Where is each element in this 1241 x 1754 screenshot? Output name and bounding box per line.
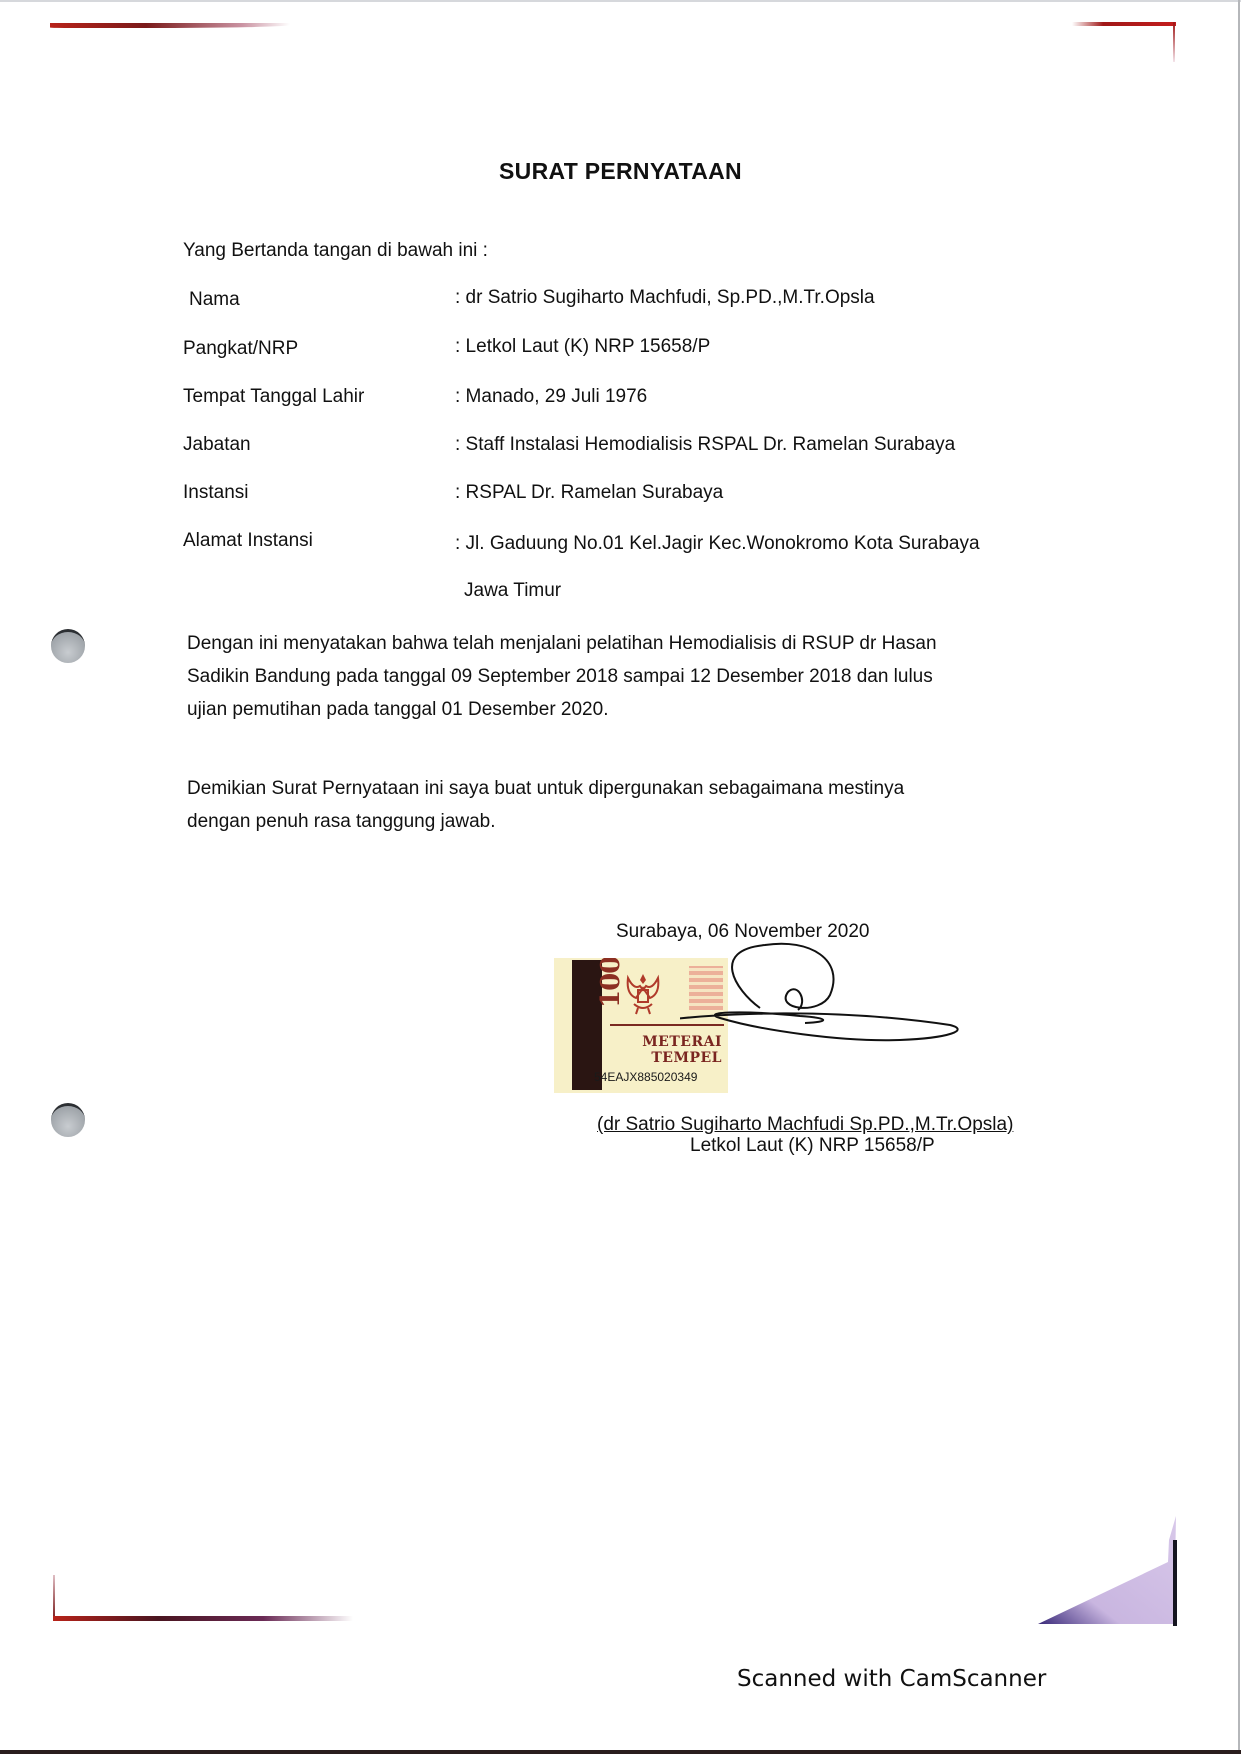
field-value-jabatan: : Staff Instalasi Hemodialisis RSPAL Dr.…	[455, 434, 955, 456]
field-label-instansi: Instansi	[183, 482, 248, 504]
corner-mark-top-right-vertical	[1173, 22, 1175, 62]
closing-paragraph: Demikian Surat Pernyataan ini saya buat …	[187, 772, 904, 838]
field-value-ttl: : Manado, 29 Juli 1976	[455, 386, 647, 408]
statement-line: Sadikin Bandung pada tanggal 09 Septembe…	[187, 660, 937, 693]
field-label-jabatan: Jabatan	[183, 434, 251, 456]
field-label-pangkat: Pangkat/NRP	[183, 338, 298, 360]
punch-hole-lower	[51, 1103, 85, 1137]
field-value-pangkat: : Letkol Laut (K) NRP 15658/P	[455, 336, 710, 358]
signer-name: (dr Satrio Sugiharto Machfudi Sp.PD.,M.T…	[597, 1114, 1013, 1136]
document-title: SURAT PERNYATAAN	[0, 158, 1241, 185]
camscanner-watermark: Scanned with CamScanner	[737, 1666, 1046, 1692]
corner-mark-bottom-right	[1036, 1510, 1178, 1626]
statement-line: Dengan ini menyatakan bahwa telah menjal…	[187, 627, 937, 660]
scan-edge-right	[1238, 0, 1240, 1754]
field-label-nama: Nama	[189, 289, 240, 311]
field-value-alamat-continuation: Jawa Timur	[464, 580, 561, 602]
signer-rank: Letkol Laut (K) NRP 15658/P	[690, 1135, 935, 1157]
punch-hole-upper	[51, 629, 85, 663]
field-value-instansi: : RSPAL Dr. Ramelan Surabaya	[455, 482, 723, 504]
corner-mark-bottom-left	[53, 1616, 353, 1621]
corner-mark-top-left	[50, 23, 290, 28]
garuda-emblem-icon	[622, 968, 664, 1016]
stamp-serial: 54EAJX885020349	[594, 1070, 697, 1084]
corner-mark-top-right	[1072, 22, 1176, 26]
closing-line: Demikian Surat Pernyataan ini saya buat …	[187, 772, 904, 805]
field-value-nama: : dr Satrio Sugiharto Machfudi, Sp.PD.,M…	[455, 287, 875, 309]
scan-edge-top	[0, 0, 1241, 2]
handwritten-signature	[680, 930, 960, 1060]
closing-line: dengan penuh rasa tanggung jawab.	[187, 805, 904, 838]
field-value-alamat: : Jl. Gaduung No.01 Kel.Jagir Kec.Wonokr…	[455, 533, 980, 555]
corner-mark-bottom-left-vertical	[53, 1575, 55, 1620]
intro-text: Yang Bertanda tangan di bawah ini :	[183, 240, 488, 262]
statement-paragraph: Dengan ini menyatakan bahwa telah menjal…	[187, 627, 937, 726]
field-label-ttl: Tempat Tanggal Lahir	[183, 386, 364, 408]
statement-line: ujian pemutihan pada tanggal 01 Desember…	[187, 693, 937, 726]
field-label-alamat: Alamat Instansi	[183, 530, 313, 552]
scan-edge-bottom	[0, 1750, 1241, 1754]
